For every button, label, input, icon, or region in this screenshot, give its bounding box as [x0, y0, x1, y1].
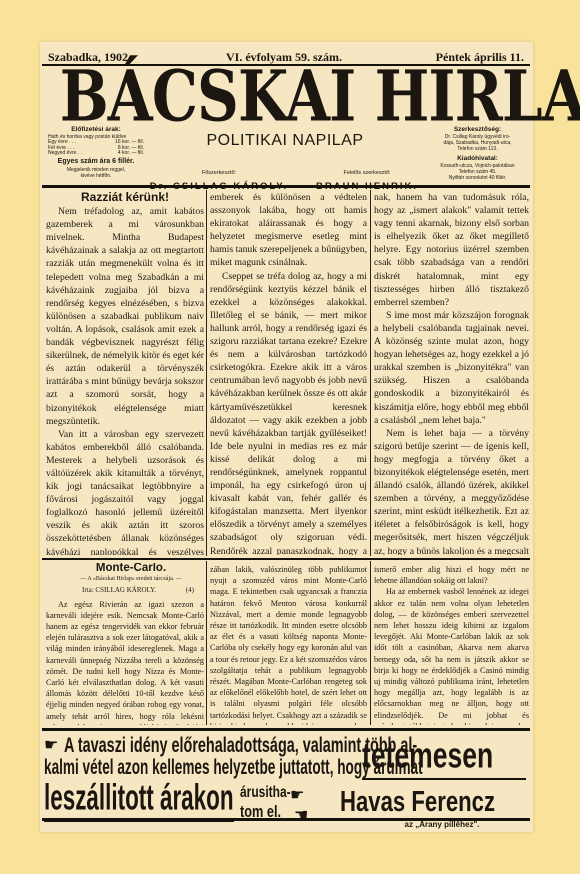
- article-column-2: emberek és különösen a védtelen asszonyo…: [210, 191, 367, 555]
- editorial-office-box: Szerkesztőség: Dr. Csillag Károly ügyvéd…: [425, 126, 530, 181]
- feuilleton-paragraph: Ha az embernek vasból lennének az idegei…: [374, 586, 529, 725]
- article-paragraph: Van itt a városban egy szervezett kabáto…: [46, 428, 204, 555]
- editorial-heading: Szerkesztőség:: [425, 126, 530, 134]
- feuilleton-title: Monte-Carlo.: [46, 563, 204, 574]
- pointing-hand-icon: ☛: [290, 788, 304, 804]
- column-divider: [370, 190, 371, 556]
- article-column-3: nak, hanem ha van tudomásuk róla, hogy a…: [374, 191, 529, 555]
- underline: [362, 778, 526, 780]
- chief-editor-block: Főszerkesztő: Dr. CSILLAG KÁROLY.: [144, 170, 294, 192]
- responsible-editor-label: Felelős szerkesztő:: [302, 170, 432, 176]
- publication-note: Megjelenik minden reggel, kivéve hétfőn.: [44, 167, 148, 179]
- ad-mid-text-1: árusitha-: [240, 784, 291, 802]
- editorial-line: Telefon szám 113.: [425, 146, 530, 152]
- pointing-hand-icon: ☛: [44, 738, 58, 754]
- feuilleton-column-2: zában lakik, valószinüleg több publikumo…: [210, 564, 367, 725]
- feuilleton-paragraph: Az egész Rivierán az igazi szezon a karn…: [46, 599, 204, 725]
- column-divider: [206, 561, 207, 725]
- pointing-hand-icon: ☛: [294, 808, 308, 824]
- column-divider: [370, 561, 371, 725]
- masthead-subtitle: POLITIKAI NAPILAP: [190, 132, 380, 150]
- office-line: Nyilttér soronként 40 fillér.: [425, 175, 530, 181]
- article-title: Razziát kérünk!: [46, 191, 204, 204]
- subscription-heading: Előfizetési árak:: [44, 126, 148, 134]
- office-heading: Kiadóhivatal:: [425, 155, 530, 163]
- masthead-title: BÁCSKAI HIRLAP: [60, 60, 514, 132]
- shop-name: az „Arany pillêhez".: [356, 820, 528, 829]
- article-paragraph: Nem is lehet baja — a törvény szigorú be…: [374, 427, 529, 555]
- article-paragraph: Nem tréfadolog az, amit kabátos gazember…: [46, 205, 204, 428]
- feuilleton-column-3: ismerő ember alig hiszi el hogy mért ne …: [374, 564, 529, 725]
- ad-big-price-text: leszállitott árakon: [44, 778, 234, 819]
- ad-tetemesen: tetemesen: [362, 736, 493, 777]
- article-paragraph: emberek és különösen a védtelen asszonyo…: [210, 191, 367, 270]
- feuilleton-rule: [42, 558, 530, 560]
- feuilleton-byline: Irta: CSILLAG KÁROLY. (4): [46, 585, 204, 596]
- article-column-1: Razziát kérünk! Nem tréfadolog az, amit …: [46, 191, 204, 555]
- feuilleton-part: (4): [186, 585, 194, 596]
- column-divider: [206, 190, 207, 556]
- single-copy-price: Egyes szám ára 6 fillér.: [44, 157, 148, 167]
- article-paragraph: Cseppet se tréfa dolog az, hogy a mi ren…: [210, 270, 367, 555]
- responsible-editor-block: Felelős szerkesztő: BRAUN HENRIK.: [302, 170, 432, 192]
- feuilleton-paragraph: ismerő ember alig hiszi el hogy mért ne …: [374, 564, 529, 586]
- feuilleton-column-1: Monte-Carlo. — A «Bácskai Hirlap» eredet…: [46, 563, 204, 725]
- article-paragraph: nak, hanem ha van tudomásuk róla, hogy a…: [374, 191, 529, 309]
- feuilleton-paragraph: zában lakik, valószinüleg több publikumo…: [210, 564, 367, 725]
- article-paragraph: S ime most már közszájon forognak a hely…: [374, 309, 529, 427]
- newspaper-page: Szabadka, 1902. VI. évfolyam 59. szám. P…: [40, 42, 533, 832]
- chief-editor-label: Főszerkesztő:: [144, 170, 294, 176]
- merchant-name: Havas Ferencz: [340, 786, 495, 819]
- bottom-rule: [42, 818, 530, 821]
- advertisement-rule: [42, 728, 530, 731]
- masthead-rule: [42, 185, 530, 188]
- subscription-box: Előfizetési árak: Hath és hordva vagy po…: [44, 126, 148, 179]
- feuilleton-author: Irta: CSILLAG KÁROLY.: [82, 585, 156, 596]
- feuilleton-subtitle: — A «Bácskai Hirlap» eredeti tárczája. —: [46, 574, 204, 585]
